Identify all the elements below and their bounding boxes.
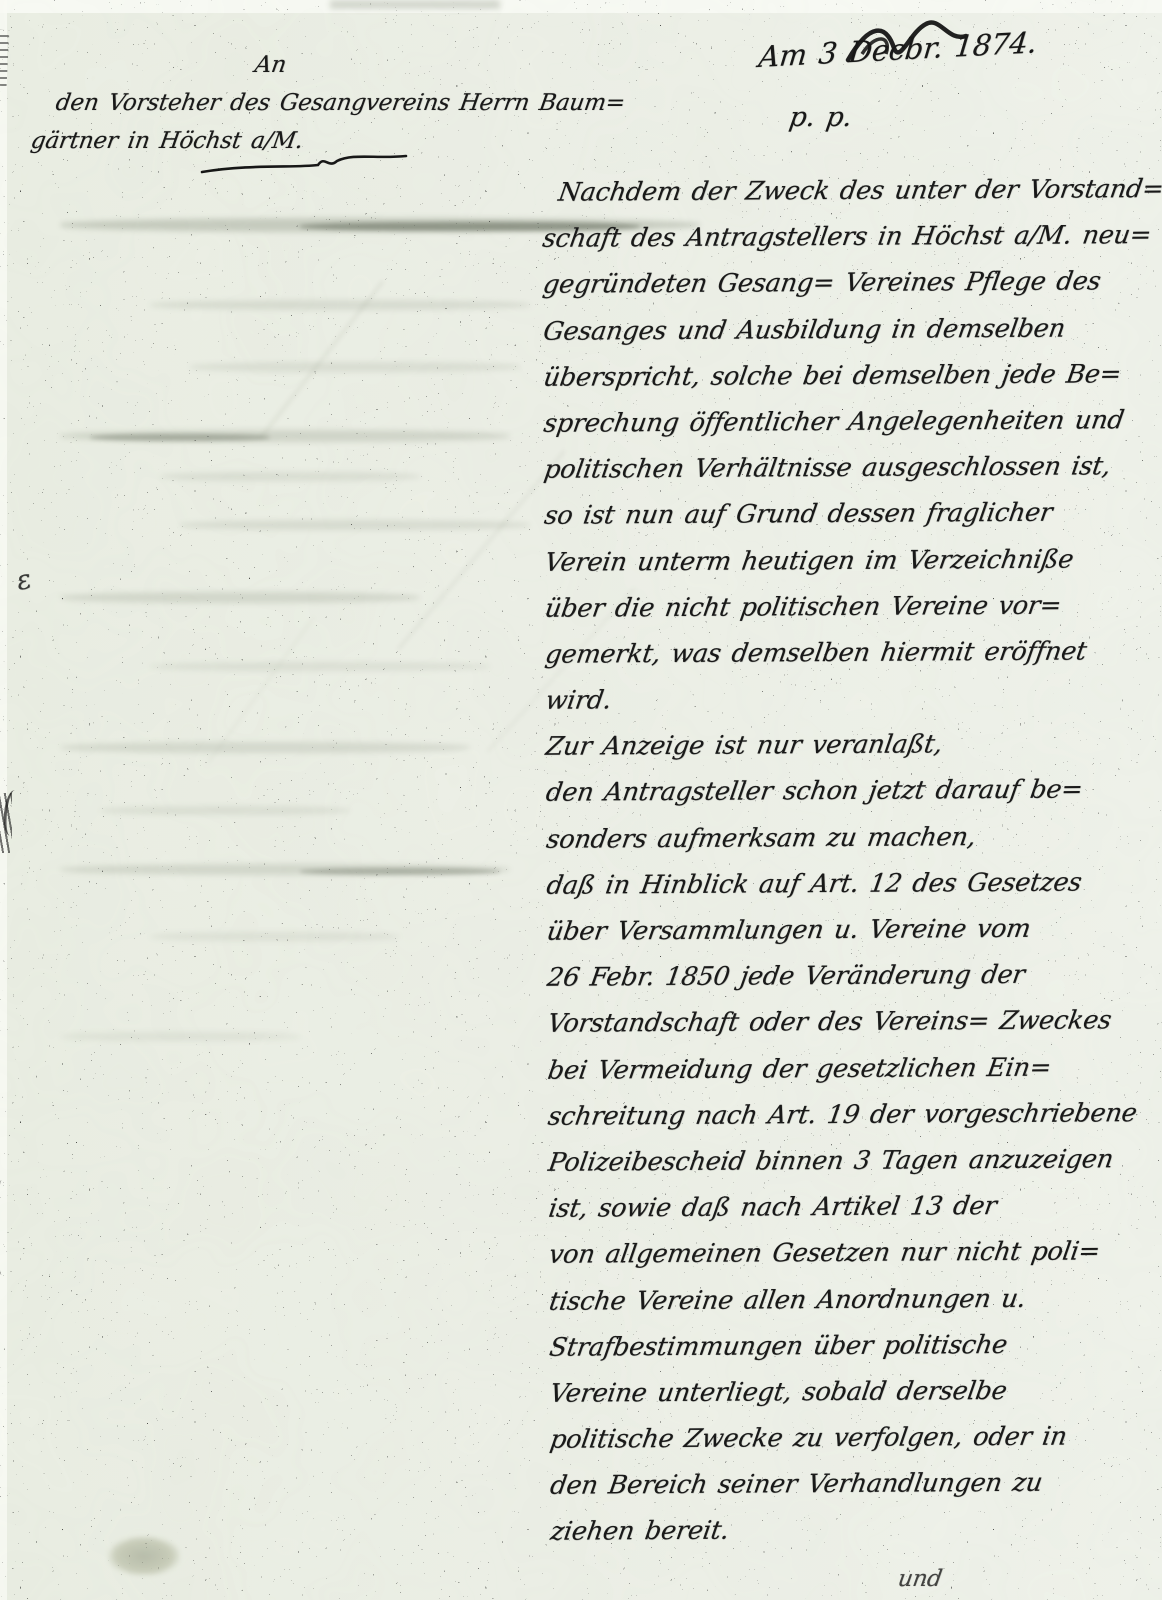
body-line: politischen Verhältnisse ausgeschlossen … <box>541 443 1133 493</box>
bleedthrough-smudge <box>60 742 470 753</box>
edge-ink-mark: ε <box>14 564 34 597</box>
bleedthrough-smudge <box>300 868 500 875</box>
body-line: ziehen bereit. <box>547 1506 1139 1556</box>
body-line: Vereine unterliegt, sobald derselbe <box>546 1367 1138 1417</box>
body-line: Polizeibescheid binnen 3 Tagen anzuzeige… <box>545 1136 1137 1186</box>
bleedthrough-smudge <box>150 662 490 671</box>
body-line: über Versammlungen u. Vereine vom <box>544 905 1136 955</box>
ink-smudge-blob <box>108 1536 180 1576</box>
body-line: wird. <box>542 674 1134 724</box>
body-line: von allgemeinen Gesetzen nur nicht poli= <box>546 1228 1138 1278</box>
bleedthrough-smudge <box>190 362 520 372</box>
bleedthrough-smudge <box>60 1032 300 1041</box>
body-line: schreitung nach Art. 19 der vorgeschrieb… <box>545 1090 1137 1140</box>
bleedthrough-smudge <box>150 932 400 941</box>
body-line: über die nicht politischen Vereine vor= <box>542 582 1134 632</box>
bleedthrough-smudge <box>160 472 420 481</box>
body-line: gemerkt, was demselben hiermit eröffnet <box>542 628 1134 678</box>
body-line: tische Vereine allen Anordnungen u. <box>546 1275 1138 1325</box>
letter-body: Nachdem der Zweck des unter der Vorstand… <box>539 166 1132 1555</box>
body-line: politische Zwecke zu verfolgen, oder in <box>547 1413 1139 1463</box>
salutation-abbrev: p. p. <box>787 102 854 133</box>
bleedthrough-smudge <box>330 0 500 9</box>
body-line: den Antragsteller schon jetzt darauf be= <box>543 767 1135 817</box>
bleedthrough-smudge <box>180 520 530 530</box>
bleedthrough-smudge <box>90 434 270 441</box>
body-line: Zur Anzeige ist nur veranlaßt, <box>542 720 1134 770</box>
body-line: ist, sowie daß nach Artikel 13 der <box>545 1182 1137 1232</box>
edge-ink-mark <box>0 30 9 86</box>
address-line: den Vorsteher des Gesangvereins Herrn Ba… <box>53 84 628 122</box>
underline-flourish <box>200 150 410 180</box>
body-line: bei Vermeidung der gesetzlichen Ein= <box>544 1044 1136 1094</box>
body-line: Verein unterm heutigen im Verzeichniße <box>541 536 1133 586</box>
edge-ink-mark <box>0 1180 10 1275</box>
address-block: An den Vorsteher des Gesangvereins Herrn… <box>28 46 622 160</box>
bleedthrough-smudge <box>150 300 530 310</box>
address-line: An <box>252 46 628 84</box>
body-line: gegründeten Gesang= Vereines Pflege des <box>540 259 1132 309</box>
body-line: Strafbestimmungen über politische <box>546 1321 1138 1371</box>
body-line: sprechung öffentlicher Angelegenheiten u… <box>540 397 1132 447</box>
scanned-letter-page: ε Am 3 Decbr. 1874. p. p. An den Vorsteh… <box>0 0 1162 1600</box>
body-line: schaft des Antragstellers in Höchst a/M.… <box>539 212 1131 262</box>
body-line: Gesanges und Ausbildung in demselben <box>540 305 1132 355</box>
bleedthrough-smudge <box>100 806 350 815</box>
scan-edge-top <box>0 0 1162 13</box>
catchword: und <box>896 1566 944 1592</box>
body-line: daß in Hinblick auf Art. 12 des Gesetzes <box>543 859 1135 909</box>
body-line: so ist nun auf Grund dessen fraglicher <box>541 489 1133 539</box>
bleedthrough-smudge <box>60 592 420 603</box>
body-line: Vorstandschaft oder des Vereins= Zweckes <box>544 998 1136 1048</box>
body-line: 26 Febr. 1850 jede Veränderung der <box>544 951 1136 1001</box>
body-line: Nachdem der Zweck des unter der Vorstand… <box>555 166 1131 216</box>
body-line: den Bereich seiner Verhandlungen zu <box>547 1459 1139 1509</box>
body-line: überspricht, solche bei demselben jede B… <box>540 351 1132 401</box>
body-line: sonders aufmerksam zu machen, <box>543 813 1135 863</box>
